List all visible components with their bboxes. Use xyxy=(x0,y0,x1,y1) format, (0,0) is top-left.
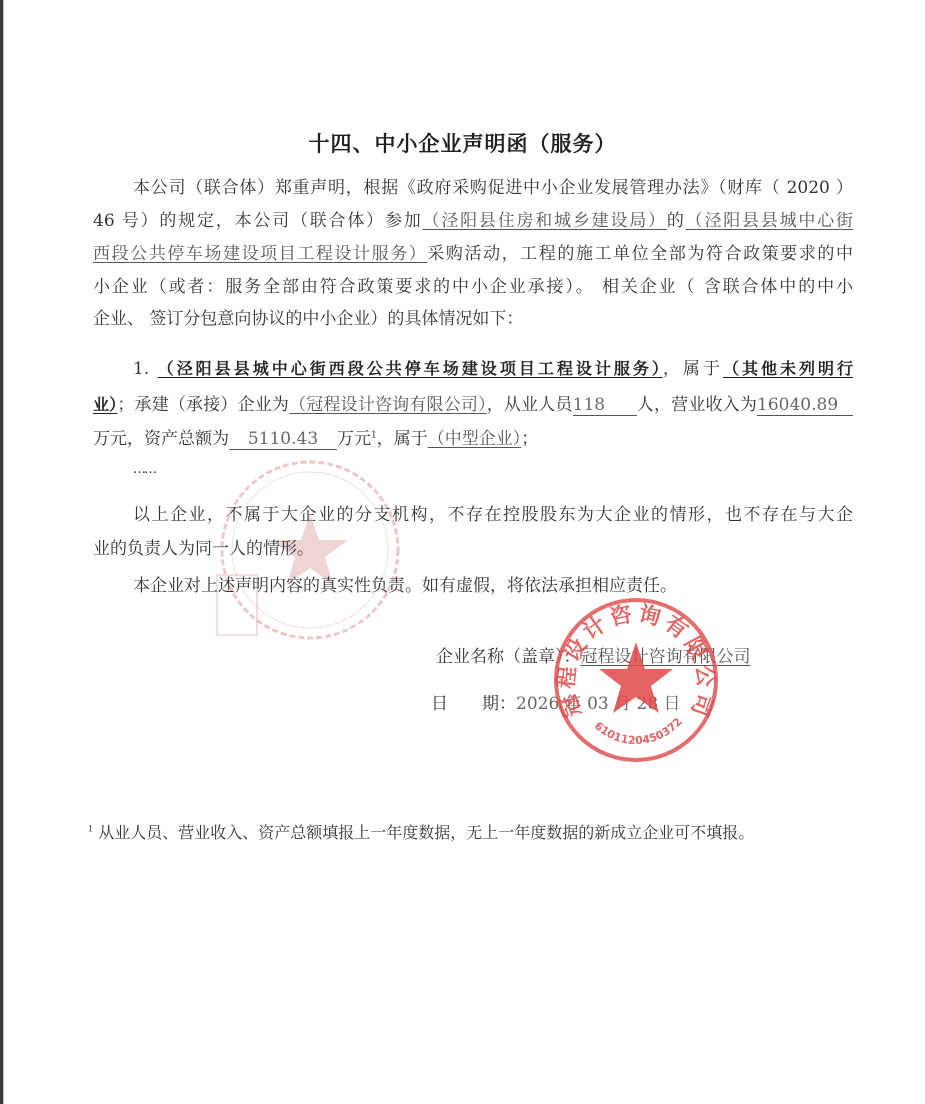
company-name-field: 冠程设计咨询有限公司 xyxy=(581,647,751,667)
project-name-field: （泾阳县县城中心街 xyxy=(686,211,853,231)
text-segment: 万元，资产总额为 xyxy=(93,429,229,449)
contractor-field: （冠程设计咨询有限公司） xyxy=(289,395,487,415)
date-label: 日 期： xyxy=(431,694,516,714)
employees-field: 118 xyxy=(573,395,637,416)
svg-text:6101120450372: 6101120450372 xyxy=(592,715,685,747)
paragraph1-line2: 46 号）的规定，本公司（联合体）参加（泾阳县住房和城乡建设局）的（泾阳县县城中… xyxy=(93,209,853,233)
footnote-marker: 1 xyxy=(88,825,93,834)
enterprise-size-field: （中型企业） xyxy=(428,429,522,449)
text-segment: 46 号）的规定，本公司（联合体）参加 xyxy=(93,211,423,231)
text-segment: ，属于 xyxy=(663,359,723,379)
official-seal-stamp: 冠程设计咨询有限公司 6101120450372 xyxy=(552,596,720,764)
text-segment: ；承建（承接）企业为 xyxy=(117,395,289,415)
paragraph1-line3: 西段公共停车场建设项目工程设计服务）采购活动，工程的施工单位全部为符合政策要求的… xyxy=(93,242,853,266)
footnote-text: 从业人员、营业收入、资产总额填报上一年度数据，无上一年度数据的新成立企业可不填报… xyxy=(98,823,754,842)
paragraph2-line2: 业的负责人为同一人的情形。 xyxy=(93,537,853,561)
text-segment: 的 xyxy=(667,211,686,231)
text-segment: 万元 xyxy=(337,429,371,449)
purchaser-field: （泾阳县住房和城乡建设局） xyxy=(423,211,667,231)
page-left-border-shade xyxy=(3,0,4,1104)
item1-line2: 业）；承建（承接）企业为（冠程设计咨询有限公司），从业人员118人，营业收入为1… xyxy=(93,393,853,417)
ellipsis: …… xyxy=(133,458,853,482)
text-segment: ； xyxy=(521,429,538,449)
paragraph2-line1: 以上企业，不属于大企业的分支机构，不存在控股股东为大企业的情形，也不存在与大企 xyxy=(133,503,853,527)
item1-line3: 万元，资产总额为5110.43万元1，属于（中型企业）； xyxy=(93,427,853,451)
signature-company-line: 企业名称（盖章）：冠程设计咨询有限公司 xyxy=(436,645,796,669)
paragraph1-line5: 企业、 签订分包意向协议的中小企业）的具体情况如下： xyxy=(93,307,853,331)
item-project-field: （泾阳县县城中心街西段公共停车场建设项目工程设计服务） xyxy=(158,359,663,378)
item-number: 1. xyxy=(133,359,149,379)
text-segment: 采购活动，工程的施工单位全部为符合政策要求的中 xyxy=(427,244,853,264)
item1-line1: 1. （泾阳县县城中心街西段公共停车场建设项目工程设计服务），属于（其他未列明行 xyxy=(133,357,853,381)
text-segment: ，属于 xyxy=(377,429,428,449)
project-name-field-cont: 西段公共停车场建设项目工程设计服务） xyxy=(93,244,427,264)
seal-code: 6101120450372 xyxy=(592,715,685,747)
text-segment: ，从业人员 xyxy=(487,395,573,415)
signature-date-line: 日 期：2026 年 03 月 28 日 xyxy=(431,692,791,716)
industry-field: （其他未列明行 xyxy=(723,359,853,378)
date-value: 2026 年 03 月 28 日 xyxy=(516,694,681,714)
industry-field-cont: 业） xyxy=(93,395,117,414)
paragraph1-line1: 本公司（联合体）郑重声明，根据《政府采购促进中小企业发展管理办法》（财库（ 20… xyxy=(133,176,853,200)
page-title: 十四、中小企业声明函（服务） xyxy=(0,128,925,158)
company-label: 企业名称（盖章）： xyxy=(436,647,581,667)
paragraph3: 本企业对上述声明内容的真实性负责。如有虚假，将依法承担相应责任。 xyxy=(133,574,853,598)
footnote: 1 从业人员、营业收入、资产总额填报上一年度数据，无上一年度数据的新成立企业可不… xyxy=(88,820,754,843)
text-segment: 人，营业收入为 xyxy=(637,395,757,415)
assets-field: 5110.43 xyxy=(229,429,337,450)
paragraph1-line4: 小企业（或者：服务全部由符合政策要求的中小企业承接）。 相关企业（ 含联合体中的… xyxy=(93,275,853,299)
revenue-field: 16040.89 xyxy=(757,395,853,416)
